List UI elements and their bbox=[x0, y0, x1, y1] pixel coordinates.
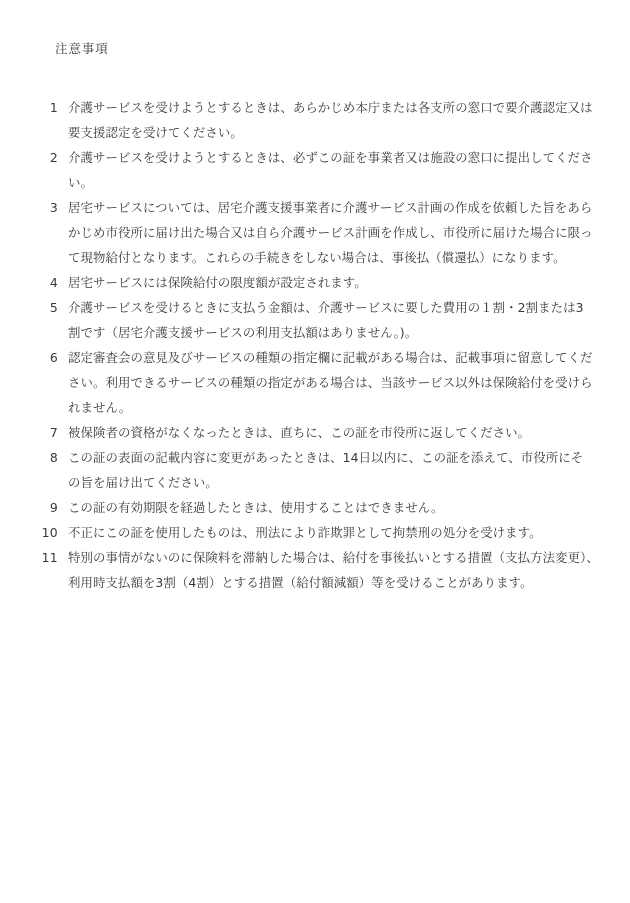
note-item-text: この証の表面の記載内容に変更があったときは、14日以内に、この証を添えて、市役所… bbox=[68, 445, 613, 495]
note-item: 1介護サービスを受けようとするときは、あらかじめ本庁または各支所の窓口で要介護認… bbox=[0, 95, 630, 145]
note-text-line: 認定審査会の意見及びサービスの種類の指定欄に記載がある場合は、記載事項に留意して… bbox=[68, 345, 613, 370]
note-item-number: 7 bbox=[0, 420, 58, 445]
note-item: 2介護サービスを受けようとするときは、必ずこの証を事業者又は施設の窓口に提出して… bbox=[0, 145, 630, 195]
note-item: 5介護サービスを受けるときに支払う金額は、介護サービスに要した費用の１割・2割ま… bbox=[0, 295, 630, 345]
note-text-line: 被保険者の資格がなくなったときは、直ちに、この証を市役所に返してください。 bbox=[68, 420, 613, 445]
note-item: 8この証の表面の記載内容に変更があったときは、14日以内に、この証を添えて、市役… bbox=[0, 445, 630, 495]
note-text-line: この証の有効期限を経過したときは、使用することはできません。 bbox=[68, 495, 613, 520]
note-item-text: 特別の事情がないのに保険料を滞納した場合は、給付を事後払いとする措置（支払方法変… bbox=[68, 545, 613, 595]
page-title: 注意事項 bbox=[55, 36, 630, 61]
note-text-line: 利用時支払額を3割（4割）とする措置（給付額減額）等を受けることがあります。 bbox=[68, 570, 613, 595]
note-item-number: 1 bbox=[0, 95, 58, 120]
note-text-line: れません。 bbox=[68, 395, 613, 420]
note-item-number: 4 bbox=[0, 270, 58, 295]
note-item-number: 5 bbox=[0, 295, 58, 320]
note-item-text: 居宅サービスには保険給付の限度額が設定されます。 bbox=[68, 270, 613, 295]
note-item-text: この証の有効期限を経過したときは、使用することはできません。 bbox=[68, 495, 613, 520]
note-item: 9この証の有効期限を経過したときは、使用することはできません。 bbox=[0, 495, 630, 520]
note-item: 4居宅サービスには保険給付の限度額が設定されます。 bbox=[0, 270, 630, 295]
note-item-number: 8 bbox=[0, 445, 58, 470]
note-text-line: 居宅サービスについては、居宅介護支援事業者に介護サービス計画の作成を依頼した旨を… bbox=[68, 195, 613, 220]
note-text-line: 割です（居宅介護支援サービスの利用支払額はありません。)。 bbox=[68, 320, 613, 345]
note-text-line: て現物給付となります。これらの手続きをしない場合は、事後払（償還払）になります。 bbox=[68, 245, 613, 270]
note-item: 11特別の事情がないのに保険料を滞納した場合は、給付を事後払いとする措置（支払方… bbox=[0, 545, 630, 595]
note-text-line: この証の表面の記載内容に変更があったときは、14日以内に、この証を添えて、市役所… bbox=[68, 445, 613, 470]
notes-list: 1介護サービスを受けようとするときは、あらかじめ本庁または各支所の窓口で要介護認… bbox=[0, 95, 630, 595]
note-item-text: 介護サービスを受けるときに支払う金額は、介護サービスに要した費用の１割・2割また… bbox=[68, 295, 613, 345]
note-text-line: 特別の事情がないのに保険料を滞納した場合は、給付を事後払いとする措置（支払方法変… bbox=[68, 545, 613, 570]
note-item: 7被保険者の資格がなくなったときは、直ちに、この証を市役所に返してください。 bbox=[0, 420, 630, 445]
note-item-text: 不正にこの証を使用したものは、刑法により詐欺罪として拘禁刑の処分を受けます。 bbox=[68, 520, 613, 545]
note-text-line: 介護サービスを受けるときに支払う金額は、介護サービスに要した費用の１割・2割また… bbox=[68, 295, 613, 320]
note-text-line: 介護サービスを受けようとするときは、あらかじめ本庁または各支所の窓口で要介護認定… bbox=[68, 95, 613, 120]
note-item-number: 11 bbox=[0, 545, 58, 570]
note-item-text: 介護サービスを受けようとするときは、あらかじめ本庁または各支所の窓口で要介護認定… bbox=[68, 95, 613, 145]
note-text-line: い。 bbox=[68, 170, 613, 195]
note-text-line: の旨を届け出てください。 bbox=[68, 470, 613, 495]
note-text-line: 介護サービスを受けようとするときは、必ずこの証を事業者又は施設の窓口に提出してく… bbox=[68, 145, 613, 170]
note-item-number: 9 bbox=[0, 495, 58, 520]
note-text-line: 不正にこの証を使用したものは、刑法により詐欺罪として拘禁刑の処分を受けます。 bbox=[68, 520, 613, 545]
note-text-line: さい。利用できるサービスの種類の指定がある場合は、当該サービス以外は保険給付を受… bbox=[68, 370, 613, 395]
note-item: 3居宅サービスについては、居宅介護支援事業者に介護サービス計画の作成を依頼した旨… bbox=[0, 195, 630, 270]
note-item-text: 居宅サービスについては、居宅介護支援事業者に介護サービス計画の作成を依頼した旨を… bbox=[68, 195, 613, 270]
note-item-text: 介護サービスを受けようとするときは、必ずこの証を事業者又は施設の窓口に提出してく… bbox=[68, 145, 613, 195]
notes-page: 注意事項 1介護サービスを受けようとするときは、あらかじめ本庁または各支所の窓口… bbox=[0, 0, 630, 903]
note-item-number: 2 bbox=[0, 145, 58, 170]
note-text-line: 要支援認定を受けてください。 bbox=[68, 120, 613, 145]
note-item-number: 3 bbox=[0, 195, 58, 220]
note-item-text: 被保険者の資格がなくなったときは、直ちに、この証を市役所に返してください。 bbox=[68, 420, 613, 445]
note-text-line: かじめ市役所に届け出た場合又は自ら介護サービス計画を作成し、市役所に届けた場合に… bbox=[68, 220, 613, 245]
note-item-text: 認定審査会の意見及びサービスの種類の指定欄に記載がある場合は、記載事項に留意して… bbox=[68, 345, 613, 420]
note-item-number: 10 bbox=[0, 520, 58, 545]
note-item: 10不正にこの証を使用したものは、刑法により詐欺罪として拘禁刑の処分を受けます。 bbox=[0, 520, 630, 545]
note-item: 6認定審査会の意見及びサービスの種類の指定欄に記載がある場合は、記載事項に留意し… bbox=[0, 345, 630, 420]
note-text-line: 居宅サービスには保険給付の限度額が設定されます。 bbox=[68, 270, 613, 295]
note-item-number: 6 bbox=[0, 345, 58, 370]
